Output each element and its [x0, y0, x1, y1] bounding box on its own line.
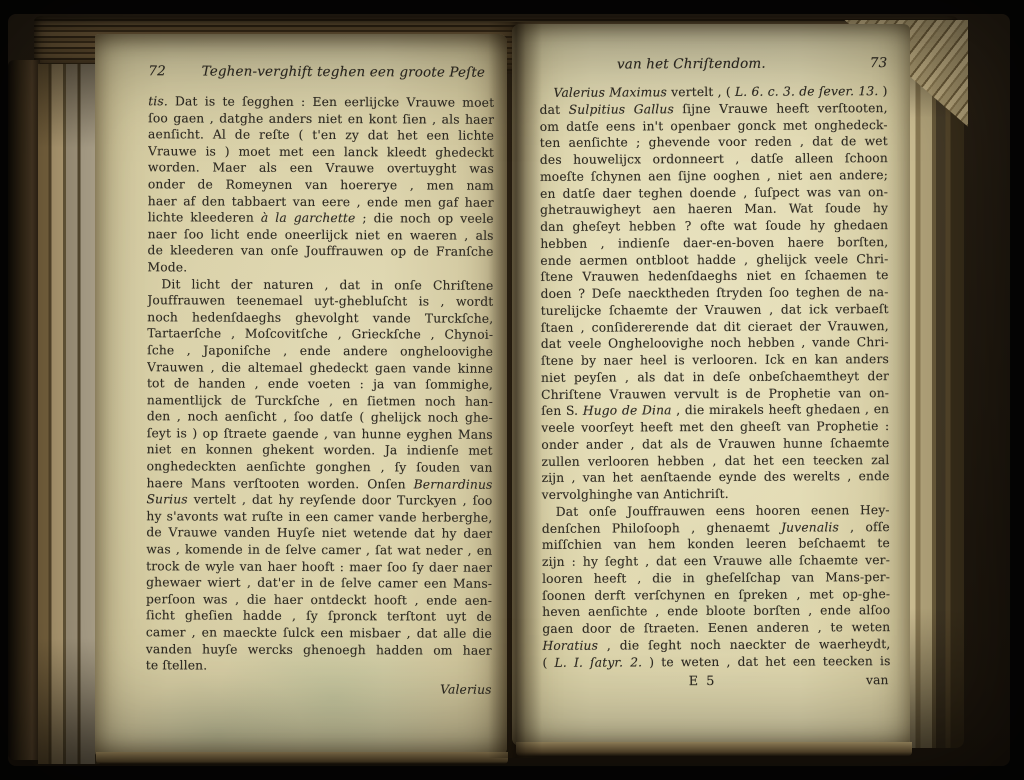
text-line: tot de handen , ende voeten : ja van ſom… — [147, 375, 493, 393]
text-line: naer ſoo licht ende oneerlijck niet en w… — [148, 226, 494, 244]
text-line: niet peyſen , als dat in deſe onbeſchaem… — [541, 368, 889, 387]
left-running-title: Teghen-verghift teghen een groote Peſte — [192, 63, 494, 80]
text-segment: Surius — [146, 492, 187, 506]
text-line: aenſicht. Al de reſte ( t'en zy dat het … — [148, 126, 494, 144]
text-line: moeſte ſchynen aen ſijne ooghen , niet a… — [540, 167, 888, 186]
text-segment: aenſicht. Al de reſte ( t'en zy dat het … — [148, 127, 494, 143]
text-segment: om datſe eens in't openbaer gonck met on… — [540, 118, 888, 134]
text-segment: ( — [542, 655, 554, 669]
text-line: de Vrauwe vanden Huyſe niet wetende dat … — [146, 525, 492, 543]
text-segment: ende aermen ontbloot hadde , ghelijck ve… — [540, 252, 888, 268]
text-line: ſen S. Hugo de Dina , die mirakels heeft… — [541, 401, 889, 420]
text-line: zullen verlooren hebben , dat het een te… — [541, 452, 889, 471]
text-segment: Vrauwe is ) moet met een lanck kleedt gh… — [148, 144, 494, 160]
right-page-edges — [902, 48, 964, 748]
text-segment: hebben , indienſe daer-en-boven haere bo… — [540, 235, 888, 251]
right-text-column: van het Chriſtendom. 73 Valerius Maximus… — [539, 55, 890, 692]
text-segment: heven aenſichte , ende bloote borſten , … — [542, 603, 890, 619]
text-line: ſtene Vrauwen hedenſdaeghs niet en ſchae… — [540, 267, 888, 286]
text-segment: ghetrauwigheyt aen haeren Man. Wat ſoude… — [540, 201, 888, 217]
text-line: onder de Romeynen van hoererye , men nam — [148, 176, 494, 194]
text-line: denſchen Philoſooph , ghenaemt Juvenalis… — [542, 519, 890, 538]
text-line: Jouffrauwen teenemael uyt-ghebluſcht is … — [147, 292, 493, 310]
text-line: vervolghinghe van Antichriſt. — [542, 485, 890, 504]
text-line: Valerius Maximus vertelt , ( L. 6. c. 3.… — [539, 83, 887, 102]
text-line: Vrauwe is ) moet met een lanck kleedt gh… — [148, 143, 494, 161]
text-segment: dat veele Ongheloovighe noch hebben , va… — [541, 335, 889, 351]
text-segment: zijn , van het aenſtaende eynde des were… — [542, 469, 890, 485]
text-line: Mode. — [147, 259, 493, 277]
text-segment: vervolghinghe van Antichriſt. — [542, 487, 729, 502]
text-segment: perſoon was , die haer ontdeckt hooft , … — [146, 592, 492, 608]
text-segment: hy s'avonts wat ruſte in een camer vande… — [146, 509, 492, 525]
text-segment: vertelt , ( — [667, 85, 735, 99]
text-segment: trock de wyle van haer hooft : maer ſoo … — [146, 559, 492, 575]
text-segment: ſen S. — [541, 404, 583, 418]
text-line: ( L. I. ſatyr. 2. ) te weten , dat het e… — [542, 653, 890, 672]
text-segment: veele voorſeyt heeft met den gheeſt van … — [541, 419, 889, 435]
text-line: vanden huyſe wercks ghenoegh hadden om h… — [146, 641, 492, 659]
text-segment: moeſte ſchynen aen ſijne ooghen , niet a… — [540, 168, 888, 184]
text-line: dan gheſeyt hebben ? ofte wat ſoude hy g… — [540, 217, 888, 236]
text-line: en datſe daer teghen doende , ſuſpect wa… — [540, 184, 888, 203]
text-segment: Vrauwen , die altemael ghedeckt gaen van… — [147, 360, 493, 376]
text-line: ſoonen derft verſchynen en ſpreken , met… — [542, 586, 890, 605]
left-cover-edge — [8, 60, 40, 760]
text-segment: , die ſeght noch naeckter de waerheydt, — [598, 637, 890, 653]
text-segment: Dit licht der naturen , dat in onſe Chri… — [161, 277, 493, 292]
text-line: te ſtellen. — [146, 657, 492, 675]
text-segment: ghewaer wiert , dat'er in de ſelve camer… — [146, 575, 492, 591]
text-segment: Jouffrauwen teenemael uyt-ghebluſcht is … — [147, 293, 493, 309]
text-segment: looren heeft , die in gheſelſchap van Ma… — [542, 570, 890, 586]
text-line: ſicht gheſien hadde , ſy ſpronck terſton… — [146, 608, 492, 626]
text-line: gaen door de ſtraeten. Eenen anderen , t… — [542, 619, 890, 638]
text-segment: ſoonen derft verſchynen en ſpreken , met… — [542, 587, 890, 603]
text-line: namentlijck de Turckſche , en ſietmen no… — [147, 392, 493, 410]
text-line: camer , en maeckte ſulck een misbaer , d… — [146, 624, 492, 642]
text-segment: namentlijck de Turckſche , en ſietmen no… — [147, 393, 493, 409]
text-segment: à la garchette — [261, 211, 356, 225]
text-segment: ) te weten , dat het een teecken is — [642, 654, 890, 669]
text-segment: was , komende in de ſelve camer , ſat wa… — [146, 542, 492, 558]
text-line: ghewaer wiert , dat'er in de ſelve camer… — [146, 574, 492, 592]
right-page-bottom-edge — [516, 742, 912, 756]
text-segment: Horatius — [542, 638, 598, 652]
text-segment: ; die noch op veele — [355, 211, 493, 226]
text-line: dat veele Ongheloovighe noch hebben , va… — [541, 334, 889, 353]
text-segment: des houwelijcx ordonneert , datſe alleen… — [540, 151, 888, 167]
text-line: trock de wyle van haer hooft : maer ſoo … — [146, 558, 492, 576]
text-segment: Bernardinus — [414, 477, 493, 491]
text-segment: turelijcke ſchaemte der Vrauwen , dat ic… — [541, 302, 889, 318]
text-segment: tot de handen , ende voeten : ja van ſom… — [147, 376, 493, 392]
gutter-shadow — [488, 22, 542, 758]
text-line: Vrauwen , die altemael ghedeckt gaen van… — [147, 359, 493, 377]
text-segment: zullen verlooren hebben , dat het een te… — [541, 453, 889, 469]
right-page-number: 73 — [843, 55, 887, 71]
text-line: zijn : hy ſeght , dat een Vrauwe alle ſc… — [542, 552, 890, 571]
text-line: worden. Maer als een Vrauwe overtuyght w… — [148, 160, 494, 178]
text-segment: niet peyſen , als dat in deſe onbeſchaem… — [541, 369, 889, 385]
text-line: ten aenſichte ; ghevende voor reden , da… — [540, 133, 888, 152]
text-segment: Tartaerſche , Moſcovitſche , Grieckſche … — [147, 327, 493, 343]
left-page-header: 72 Teghen-verghift teghen een groote Peſ… — [148, 63, 494, 85]
text-segment: onder de Romeynen van hoererye , men nam — [148, 177, 494, 193]
text-segment: ſtene Vrauwen hedenſdaeghs niet en ſchae… — [540, 268, 888, 284]
text-segment: vertelt , dat hy reyſende door Turckyen … — [188, 493, 493, 508]
left-catchword: Valerius — [146, 681, 492, 699]
text-line: Surius vertelt , dat hy reyſende door Tu… — [146, 491, 492, 509]
text-line: Dit licht der naturen , dat in onſe Chri… — [147, 276, 493, 294]
text-segment: tis. — [148, 94, 168, 108]
text-line: heven aenſichte , ende bloote borſten , … — [542, 602, 890, 621]
text-segment: Valerius Maximus — [553, 85, 667, 100]
text-segment: ſicht gheſien hadde , ſy ſpronck terſton… — [146, 609, 492, 625]
text-line: looren heeft , die in gheſelſchap van Ma… — [542, 569, 890, 588]
text-line: haer af den tabbaert van eere , ende men… — [148, 193, 494, 211]
text-segment: gaen door de ſtraeten. Eenen anderen , t… — [542, 620, 890, 636]
text-segment: ſtene by naer heel is verlooren. Ick en … — [541, 352, 889, 368]
text-line: lichte kleederen à la garchette ; die no… — [148, 209, 494, 227]
text-segment: te ſtellen. — [146, 658, 208, 672]
text-segment: ſeyt is ) op ſtraete gaende , van hunne … — [147, 426, 493, 442]
text-line: veele voorſeyt heeft met den gheeſt van … — [541, 418, 889, 437]
text-line: ſeyt is ) op ſtraete gaende , van hunne … — [147, 425, 493, 443]
signature-mark: E 5 — [689, 674, 717, 689]
text-segment: noch hedenſdaeghs ghevolght vande Turckſ… — [147, 310, 493, 326]
text-line: den , noch aenſicht , ſoo datſe ( ghelij… — [147, 409, 493, 427]
text-segment: de kleederen van onſe Jouffrauwen op de … — [148, 244, 494, 260]
left-text-column: 72 Teghen-verghift teghen een groote Peſ… — [146, 63, 495, 698]
text-segment: worden. Maer als een Vrauwe overtuyght w… — [148, 161, 494, 177]
text-segment: lichte kleederen — [148, 210, 261, 224]
text-segment: L. I. ſatyr. 2. — [554, 655, 642, 669]
text-line: perſoon was , die haer ontdeckt hooft , … — [146, 591, 492, 609]
text-line: doen ? Deſe naecktheden ſtryden ſoo tegh… — [541, 284, 889, 303]
text-line: was , komende in de ſelve camer , ſat wa… — [146, 541, 492, 559]
text-segment: ſijne Vrauwe heeft verſtooten, — [674, 101, 888, 116]
text-segment: ſtaen , conſidererende dat dit cieraet d… — [541, 319, 889, 335]
text-segment: L. 6. c. 3. de ſever. 13. — [735, 84, 879, 99]
text-segment: ſche , Japoniſche , ende andere ongheloo… — [147, 343, 493, 359]
text-segment: miſſchien van hem konden leeren beſchaem… — [542, 536, 890, 552]
text-segment: Mode. — [147, 260, 187, 274]
text-line: tis. Dat is te ſegghen : Een eerlijcke V… — [148, 93, 494, 111]
text-line: Horatius , die ſeght noch naeckter de wa… — [542, 636, 890, 655]
text-line: Chriſtene Vrauwen vervult is de Propheti… — [541, 385, 889, 404]
text-line: miſſchien van hem konden leeren beſchaem… — [542, 535, 890, 554]
right-running-title: van het Chriſtendom. — [539, 55, 843, 73]
text-line: onghedeckten aenſichte gonghen , ſy ſoud… — [147, 458, 493, 476]
text-line: ſtene by naer heel is verlooren. Ick en … — [541, 351, 889, 370]
text-segment: vanden huyſe wercks ghenoegh hadden om h… — [146, 642, 492, 658]
left-page-number: 72 — [148, 63, 192, 79]
text-line: niet en konnen ghekent worden. Ja indien… — [147, 442, 493, 460]
text-segment: doen ? Deſe naecktheden ſtryden ſoo tegh… — [541, 285, 889, 301]
right-text-block: Valerius Maximus vertelt , ( L. 6. c. 3.… — [539, 83, 890, 671]
text-segment: , die mirakels heeft ghedaen , en — [672, 402, 890, 417]
text-line: noch hedenſdaeghs ghevolght vande Turckſ… — [147, 309, 493, 327]
text-segment: Dat onſe Jouffrauwen eens hooren eenen H… — [556, 503, 890, 519]
text-segment: en datſe daer teghen doende , ſuſpect wa… — [540, 185, 888, 201]
text-line: onder ander , dat als de Vrauwen hunne ſ… — [541, 435, 889, 454]
text-line: Dat onſe Jouffrauwen eens hooren eenen H… — [542, 502, 890, 521]
text-segment: zijn : hy ſeght , dat een Vrauwe alle ſc… — [542, 553, 890, 569]
text-segment: , ofſe — [839, 520, 890, 534]
text-line: hy s'avonts wat ruſte in een camer vande… — [146, 508, 492, 526]
text-segment: den , noch aenſicht , ſoo datſe ( ghelij… — [147, 410, 493, 426]
text-line: ende aermen ontbloot hadde , ghelijck ve… — [540, 251, 888, 270]
text-line: hebben , indienſe daer-en-boven haere bo… — [540, 234, 888, 253]
text-segment: haere Mans verſtooten worden. Onſen — [147, 476, 414, 491]
book-photograph: 72 Teghen-verghift teghen een groote Peſ… — [0, 0, 1024, 780]
text-segment: Hugo de Dina — [583, 403, 672, 417]
left-text-block: tis. Dat is te ſegghen : Een eerlijcke V… — [146, 93, 495, 675]
text-line: zijn , van het aenſtaende eynde des were… — [542, 468, 890, 487]
text-line: om datſe eens in't openbaer gonck met on… — [540, 117, 888, 136]
text-line: ſoo gaen , datghe anders niet en kont ſi… — [148, 110, 494, 128]
text-segment: onder ander , dat als de Vrauwen hunne ſ… — [541, 436, 889, 452]
text-segment: niet en konnen ghekent worden. Ja indien… — [147, 443, 493, 459]
text-line: de kleederen van onſe Jouffrauwen op de … — [148, 243, 494, 261]
text-line: Tartaerſche , Moſcovitſche , Grieckſche … — [147, 326, 493, 344]
text-line: des houwelijcx ordonneert , datſe alleen… — [540, 150, 888, 169]
text-segment: Sulpitius Gallus — [569, 102, 674, 117]
text-segment: Dat is te ſegghen : Een eerlijcke Vrauwe… — [168, 94, 494, 109]
text-segment: Chriſtene Vrauwen vervult is de Propheti… — [541, 386, 889, 402]
text-segment: dat — [540, 103, 569, 117]
text-line: dat Sulpitius Gallus ſijne Vrauwe heeft … — [540, 100, 888, 119]
text-segment: camer , en maeckte ſulck een misbaer , d… — [146, 625, 492, 641]
left-page-bottom-edge — [96, 752, 508, 764]
text-line: ghetrauwigheyt aen haeren Man. Wat ſoude… — [540, 200, 888, 219]
text-line: ſtaen , conſidererende dat dit cieraet d… — [541, 318, 889, 337]
text-segment: ſoo gaen , datghe anders niet en kont ſi… — [148, 111, 494, 127]
text-segment: de Vrauwe vanden Huyſe niet wetende dat … — [146, 526, 492, 542]
text-segment: haer af den tabbaert van eere , ende men… — [148, 194, 494, 210]
text-segment: ) — [878, 84, 887, 98]
text-line: turelijcke ſchaemte der Vrauwen , dat ic… — [541, 301, 889, 320]
text-segment: ten aenſichte ; ghevende voor reden , da… — [540, 134, 888, 150]
right-catchword: van — [866, 673, 889, 687]
text-segment: denſchen Philoſooph , ghenaemt — [542, 520, 781, 535]
text-line: haere Mans verſtooten worden. Onſen Bern… — [147, 475, 493, 493]
text-segment: Juvenalis — [781, 520, 839, 534]
right-page-header: van het Chriſtendom. 73 — [539, 55, 887, 77]
text-segment: dan gheſeyt hebben ? ofte wat ſoude hy g… — [540, 218, 888, 234]
text-line: ſche , Japoniſche , ende andere ongheloo… — [147, 342, 493, 360]
text-segment: naer ſoo licht ende oneerlijck niet en w… — [148, 227, 494, 243]
text-segment: onghedeckten aenſichte gonghen , ſy ſoud… — [147, 459, 493, 475]
right-page-footer: E 5 van — [543, 673, 891, 692]
